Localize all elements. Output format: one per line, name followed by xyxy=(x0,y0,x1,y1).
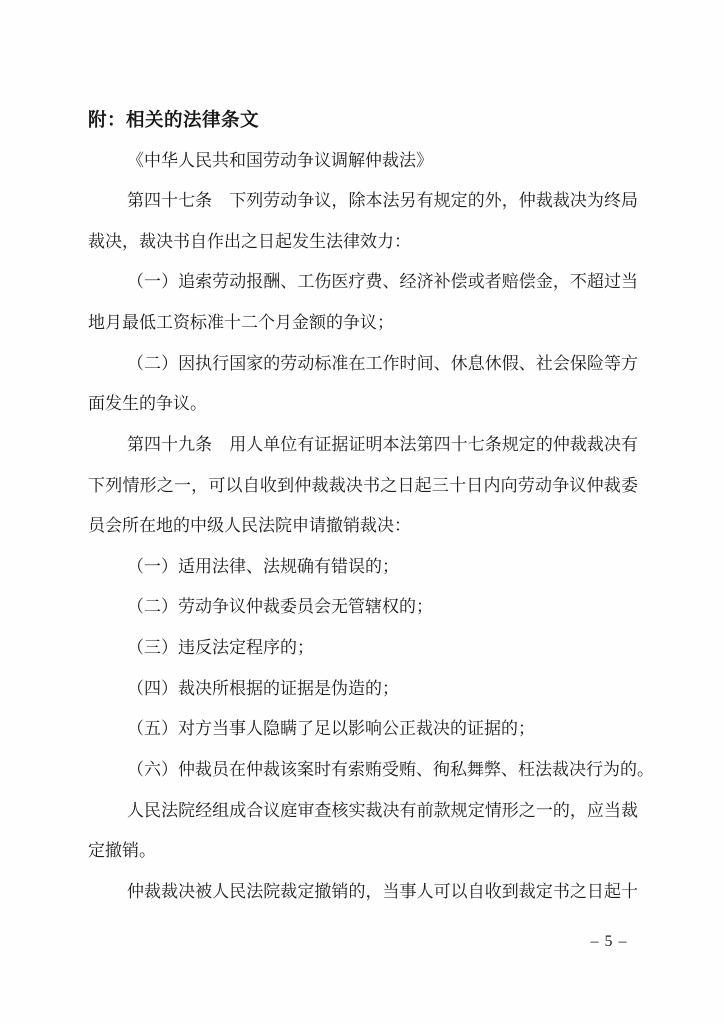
text-line: 定撤销。 xyxy=(88,831,638,872)
text-line: 下列情形之一，可以自收到仲裁裁决书之日起三十日内向劳动争议仲裁委 xyxy=(88,466,638,507)
text-line: （六）仲裁员在仲裁该案时有索贿受贿、徇私舞弊、枉法裁决行为的。 xyxy=(88,750,638,791)
text-line: （五）对方当事人隐瞒了足以影响公正裁决的证据的； xyxy=(88,709,638,750)
text-line: （一）适用法律、法规确有错误的； xyxy=(88,547,638,588)
document-page: 附：相关的法律条文 《中华人民共和国劳动争议调解仲裁法》第四十七条 下列劳动争议… xyxy=(0,0,724,1024)
text-line: 人民法院经组成合议庭审查核实裁决有前款规定情形之一的，应当裁 xyxy=(88,791,638,832)
text-line: 面发生的争议。 xyxy=(88,384,638,425)
section-heading: 附：相关的法律条文 xyxy=(88,100,638,141)
text-line: 裁决，裁决书自作出之日起发生法律效力： xyxy=(88,222,638,263)
text-line: 《中华人民共和国劳动争议调解仲裁法》 xyxy=(88,141,638,182)
text-line: （三）违反法定程序的； xyxy=(88,628,638,669)
page-number: – 5 – xyxy=(578,933,640,951)
text-line: 仲裁裁决被人民法院裁定撤销的，当事人可以自收到裁定书之日起十 xyxy=(88,872,638,913)
text-line: （二）因执行国家的劳动标准在工作时间、休息休假、社会保险等方 xyxy=(88,344,638,385)
text-line: 地月最低工资标准十二个月金额的争议； xyxy=(88,303,638,344)
text-line: 第四十九条 用人单位有证据证明本法第四十七条规定的仲裁裁决有 xyxy=(88,425,638,466)
text-line: （四）裁决所根据的证据是伪造的； xyxy=(88,669,638,710)
text-line: （一）追索劳动报酬、工伤医疗费、经济补偿或者赔偿金，不超过当 xyxy=(88,262,638,303)
text-line: 第四十七条 下列劳动争议，除本法另有规定的外，仲裁裁决为终局 xyxy=(88,181,638,222)
text-line: 员会所在地的中级人民法院申请撤销裁决： xyxy=(88,506,638,547)
body-text-lines: 《中华人民共和国劳动争议调解仲裁法》第四十七条 下列劳动争议，除本法另有规定的外… xyxy=(88,141,638,913)
text-line: （二）劳动争议仲裁委员会无管辖权的； xyxy=(88,587,638,628)
document-body: 附：相关的法律条文 《中华人民共和国劳动争议调解仲裁法》第四十七条 下列劳动争议… xyxy=(88,100,638,912)
